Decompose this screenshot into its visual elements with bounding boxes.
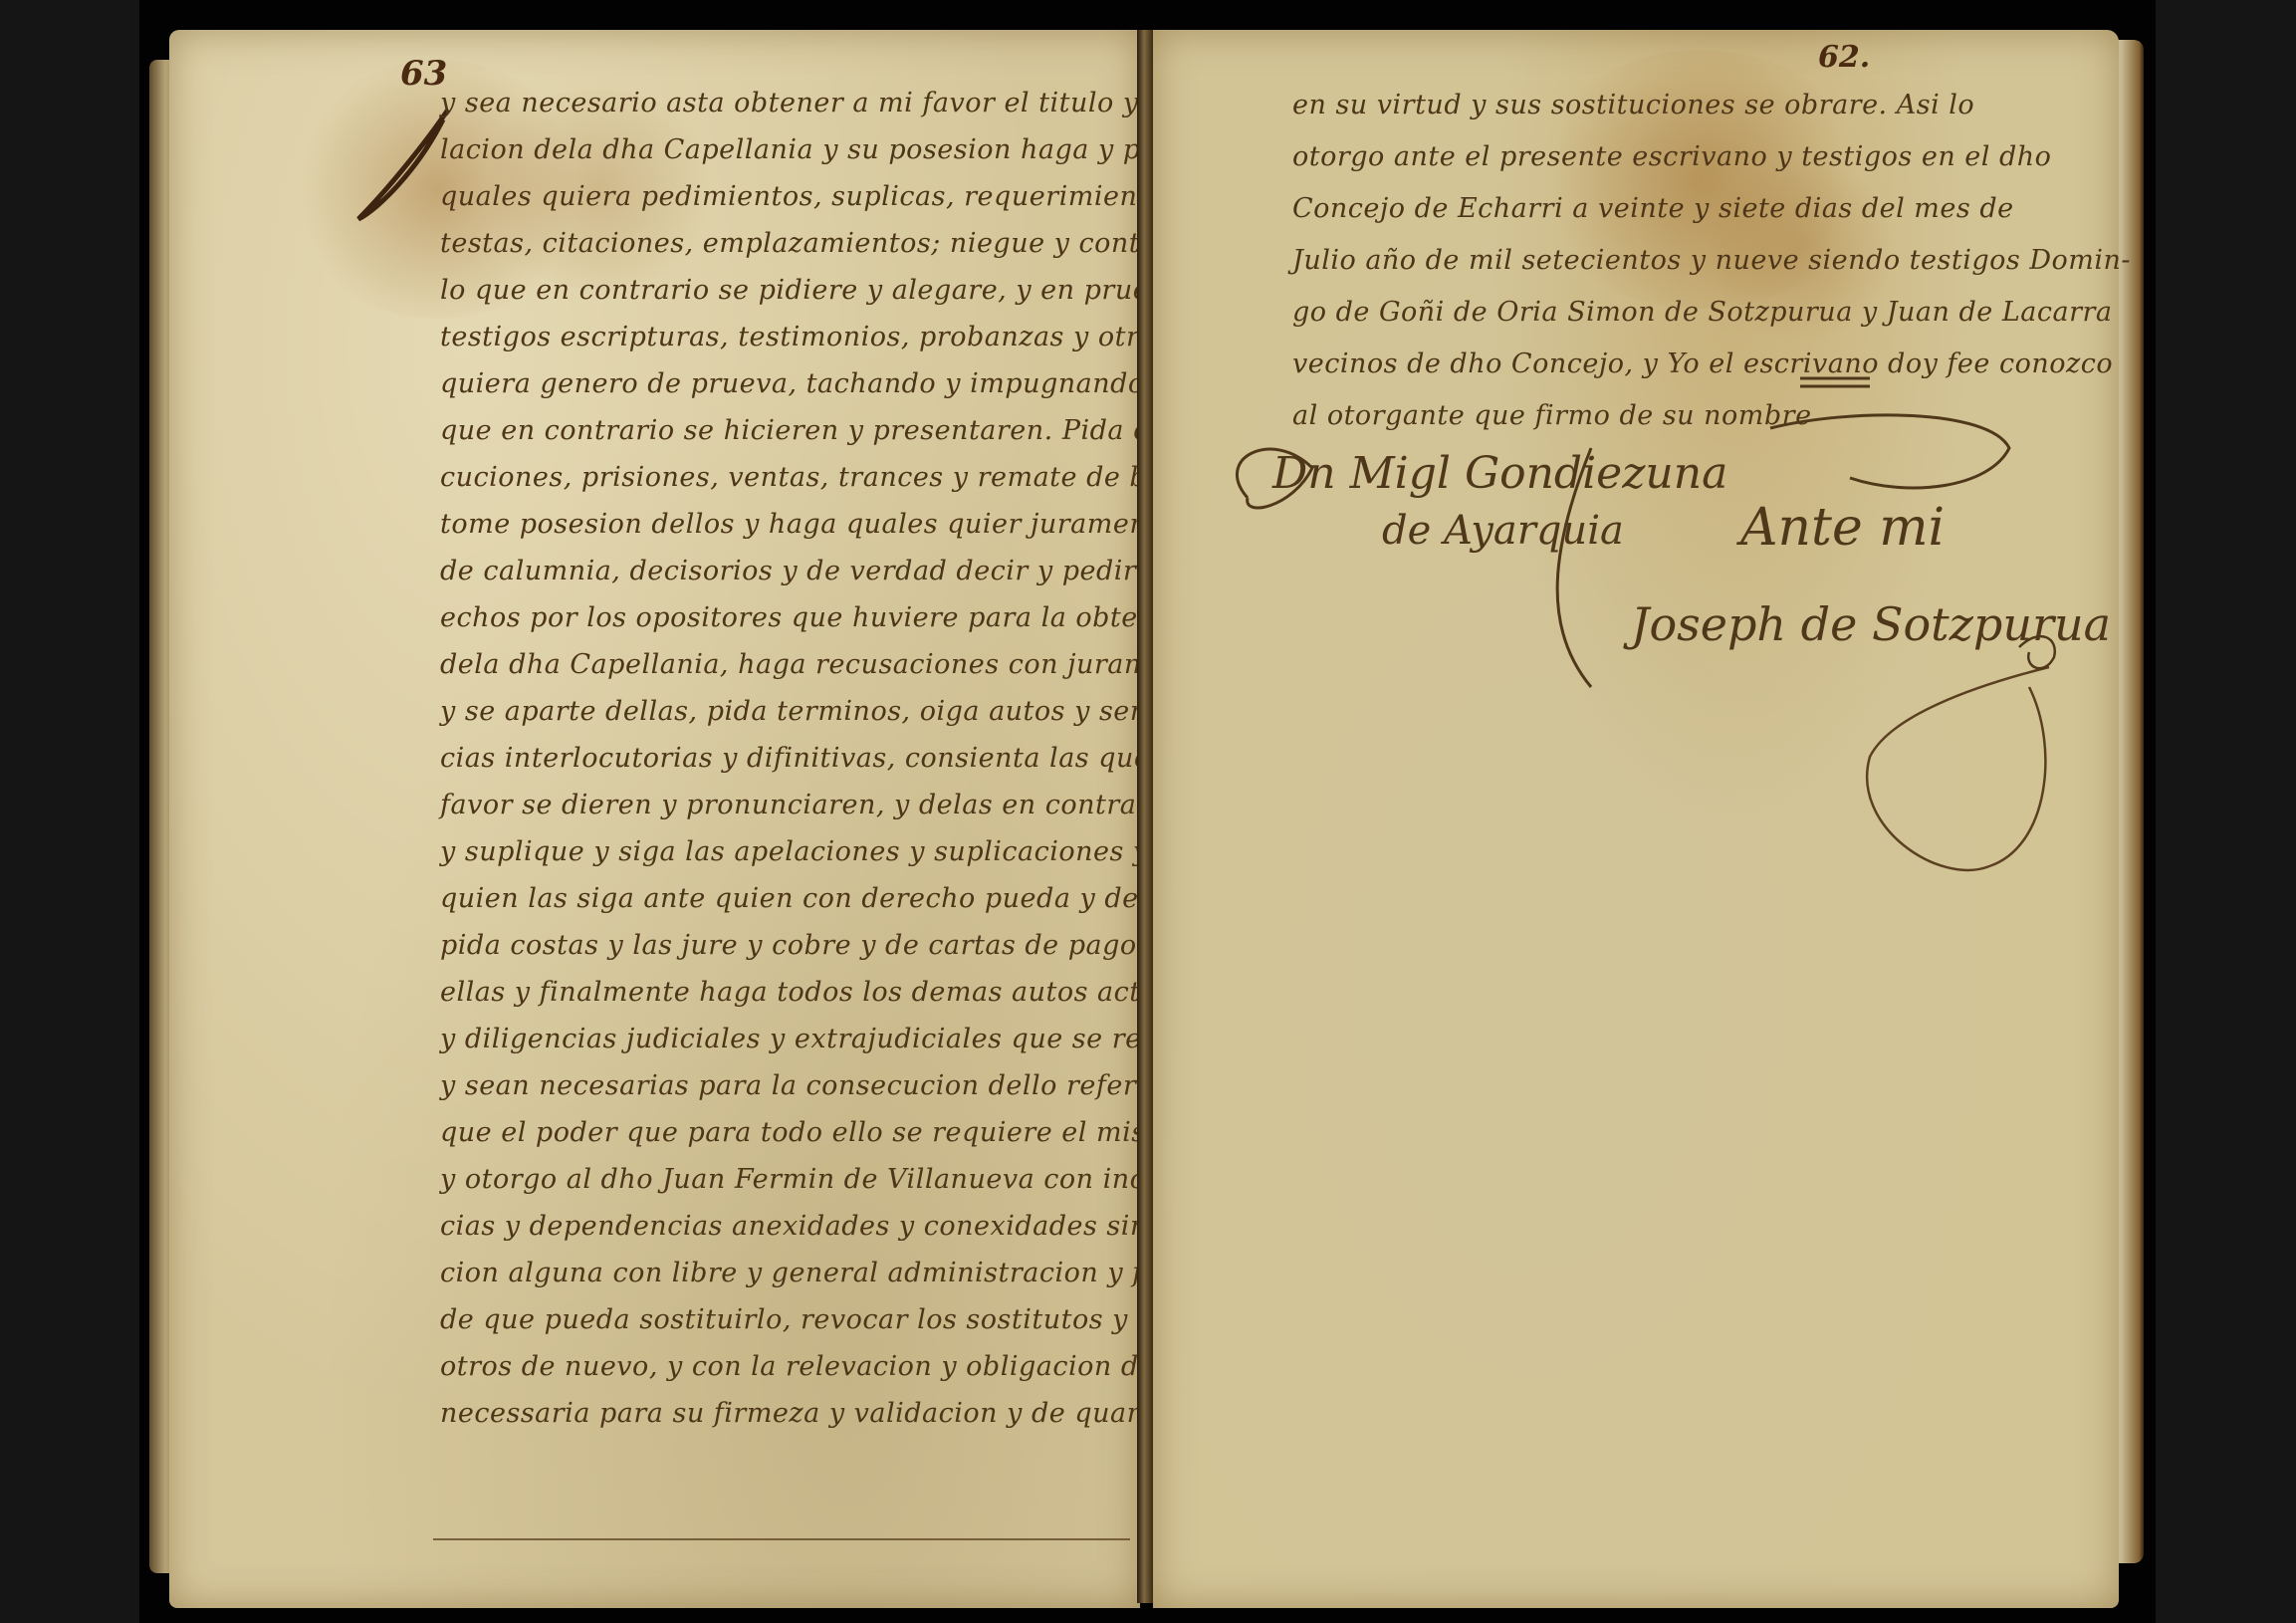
text-line: cias interlocutorias y difinitivas, cons… [440,743,1238,774]
text-line: testigos escripturas, testimonios, proba… [440,322,1227,352]
left-page: 63 y sea necesario asta obtener a mi fav… [169,30,1140,1608]
text-line: que el poder que para todo ello se requi… [440,1117,1248,1148]
text-line: echos por los opositores que huviere par… [440,602,1215,633]
text-line: necessaria para su firmeza y validacion … [440,1398,1173,1429]
text-line: y diligencias judiciales y extrajudicial… [440,1024,1251,1054]
text-line: lacion dela dha Capellania y su posesion… [440,134,1247,165]
text-line: tome posesion dellos y haga quales quier… [440,509,1190,540]
text-line: quales quiera pedimientos, suplicas, req… [440,181,1256,212]
text-line: y sean necesarias para la consecucion de… [440,1070,1180,1101]
text-line: dela dha Capellania, haga recusaciones c… [440,649,1212,680]
closing-rule [433,1538,1130,1540]
text-line: testas, citaciones, emplazamientos; nieg… [440,228,1231,259]
text-line: y suplique y siga las apelaciones y supl… [440,836,1206,867]
text-line: y sea necesario asta obtener a mi favor … [440,88,1190,118]
text-line: de calumnia, decisorios y de verdad deci… [440,556,1176,586]
text-line: quien las siga ante quien con derecho pu… [440,883,1171,914]
text-line: pida costas y las jure y cobre y de cart… [440,930,1180,961]
text-line: quiera genero de prueva, tachando y impu… [440,368,1194,399]
text-line: ellas y finalmente haga todos los demas … [440,977,1172,1008]
text-line: y se aparte dellas, pida terminos, oiga … [440,696,1203,727]
signature-flourishes [1153,30,2119,926]
text-line: cion alguna con libre y general administ… [440,1258,1248,1288]
text-line: de que pueda sostituirlo, revocar los so… [440,1304,1259,1335]
right-page: 62. en su virtud y sus sostituciones se … [1153,30,2119,1608]
text-line: cuciones, prisiones, ventas, trances y r… [440,462,1222,493]
book-spine [1137,30,1153,1603]
text-line: que en contrario se hicieren y presentar… [440,415,1191,446]
text-line: otros de nuevo, y con la relevacion y ob… [440,1351,1212,1382]
text-line: y otorgo al dho Juan Fermin de Villanuev… [440,1164,1249,1195]
text-line: cias y dependencias anexidades y conexid… [440,1211,1248,1242]
